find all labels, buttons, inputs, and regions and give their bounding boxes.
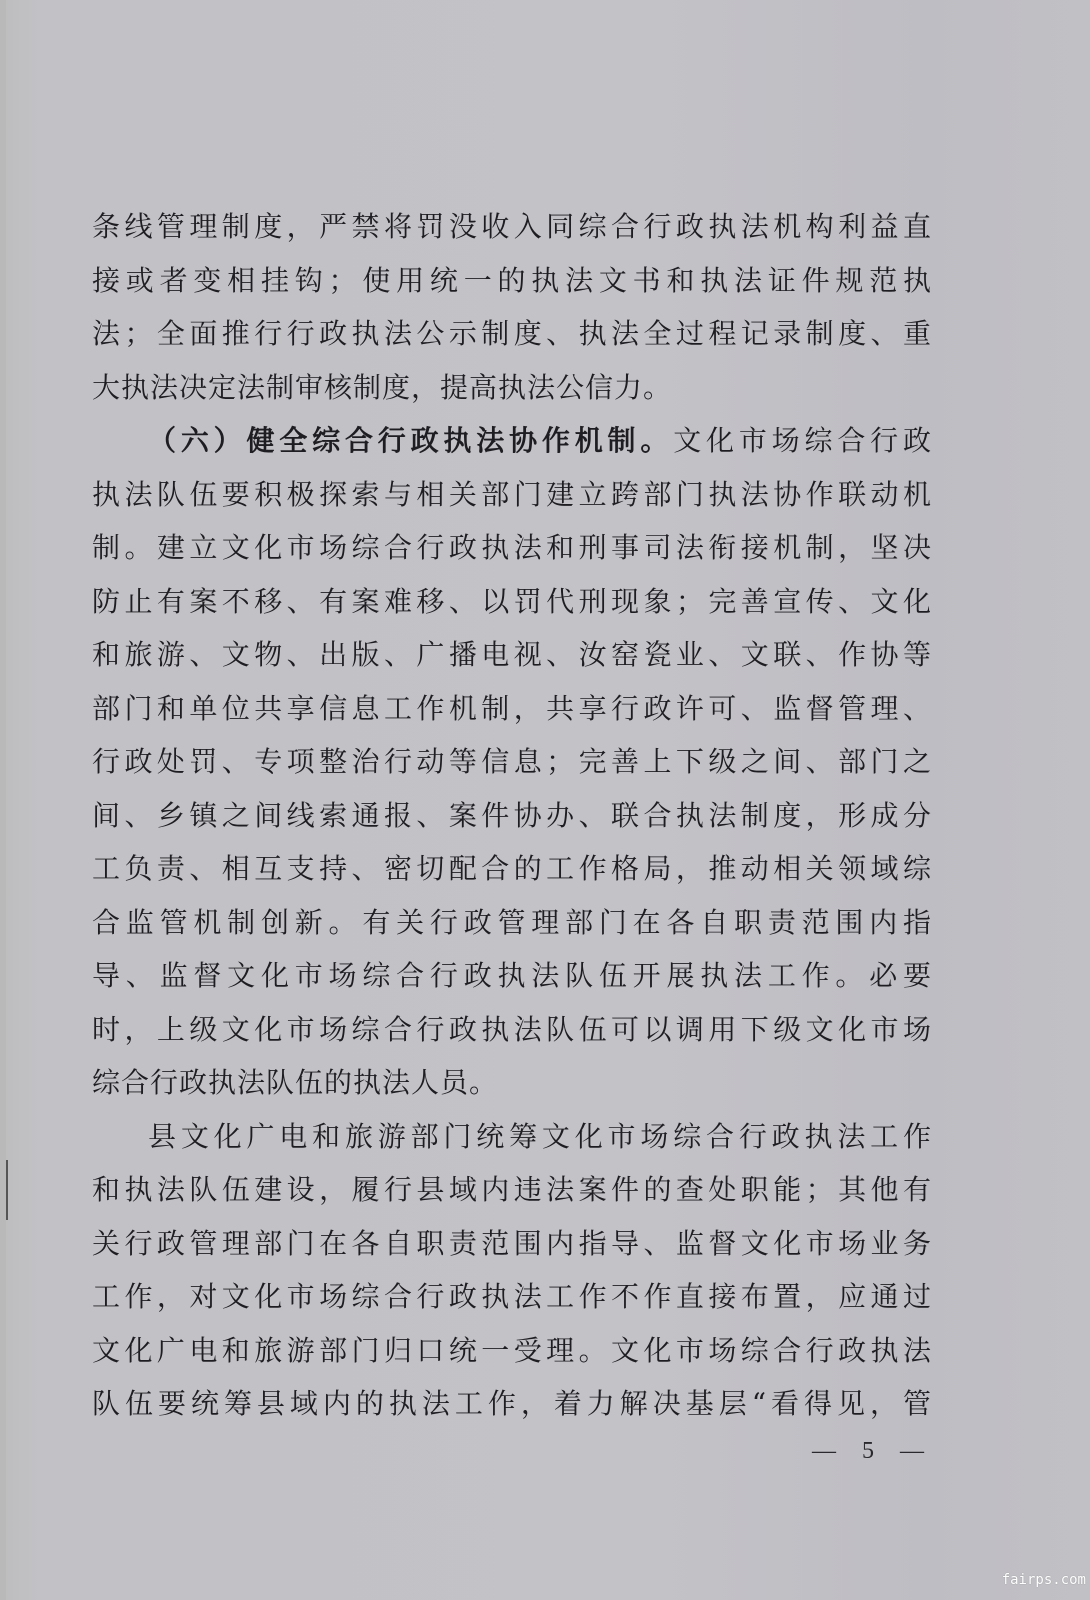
text-line: 法；全面推行行政执法公示制度、执法全过程记录制度、重 xyxy=(92,307,932,361)
text-line: 综合行政执法队伍的执法人员。 xyxy=(92,1056,932,1110)
text-line: 时，上级文化市场综合行政执法队伍可以调用下级文化市场 xyxy=(92,1003,932,1057)
binding-mark xyxy=(0,1160,8,1220)
text-line: 合监管机制创新。有关行政管理部门在各自职责范围内指 xyxy=(92,896,932,950)
scanned-page: 条线管理制度，严禁将罚没收入同综合行政执法机构利益直 接或者变相挂钩；使用统一的… xyxy=(0,0,1090,1600)
text-line: 和旅游、文物、出版、广播电视、汝窑瓷业、文联、作协等 xyxy=(92,628,932,682)
watermark: fairps.com xyxy=(1002,1572,1086,1588)
text-line: 执法队伍要积极探索与相关部门建立跨部门执法协作联动机 xyxy=(92,468,932,522)
text-line: 大执法决定法制审核制度，提高执法公信力。 xyxy=(92,361,932,415)
text-line: 接或者变相挂钩；使用统一的执法文书和执法证件规范执 xyxy=(92,254,932,308)
section-six-first-line: （六）健全综合行政执法协作机制。文化市场综合行政 xyxy=(92,414,932,468)
text-line: 制。建立文化市场综合行政执法和刑事司法衔接机制，坚决 xyxy=(92,521,932,575)
text-line: 队伍要统筹县域内的执法工作，着力解决基层“看得见，管 xyxy=(92,1377,932,1431)
document-body: 条线管理制度，严禁将罚没收入同综合行政执法机构利益直 接或者变相挂钩；使用统一的… xyxy=(92,200,932,1431)
page-number: — 5 — xyxy=(812,1438,934,1465)
text-line: 文化广电和旅游部门归口统一受理。文化市场综合行政执法 xyxy=(92,1324,932,1378)
text-line: 防止有案不移、有案难移、以罚代刑现象；完善宣传、文化 xyxy=(92,575,932,629)
section-text: 文化市场综合行政 xyxy=(673,424,932,457)
text-line: 工作，对文化市场综合行政执法工作不作直接布置，应通过 xyxy=(92,1270,932,1324)
text-line: 县文化广电和旅游部门统筹文化市场综合行政执法工作 xyxy=(92,1110,932,1164)
text-line: 关行政管理部门在各自职责范围内指导、监督文化市场业务 xyxy=(92,1217,932,1271)
text-line: 行政处罚、专项整治行动等信息；完善上下级之间、部门之 xyxy=(92,735,932,789)
text-line: 工负责、相互支持、密切配合的工作格局，推动相关领域综 xyxy=(92,842,932,896)
text-line: 部门和单位共享信息工作机制，共享行政许可、监督管理、 xyxy=(92,682,932,736)
page-left-edge xyxy=(0,0,6,1600)
text-line: 导、监督文化市场综合行政执法队伍开展执法工作。必要 xyxy=(92,949,932,1003)
text-line: 条线管理制度，严禁将罚没收入同综合行政执法机构利益直 xyxy=(92,200,932,254)
section-heading: （六）健全综合行政执法协作机制。 xyxy=(148,424,673,457)
text-line: 和执法队伍建设，履行县域内违法案件的查处职能；其他有 xyxy=(92,1163,932,1217)
text-line: 间、乡镇之间线索通报、案件协办、联合执法制度，形成分 xyxy=(92,789,932,843)
